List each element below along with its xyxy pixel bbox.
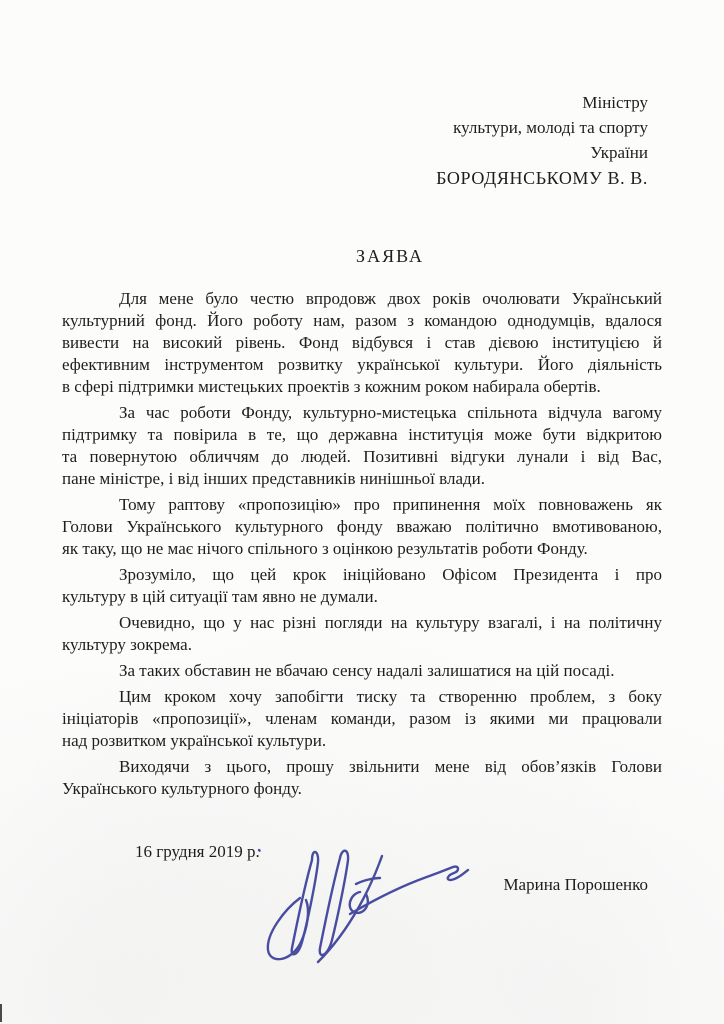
paragraph: Виходячи з цього, прошу звільнити мене в… bbox=[62, 756, 662, 800]
recipient-line: культури, молоді та спорту bbox=[436, 115, 648, 140]
body-line: Голови Українського культурного фонду вв… bbox=[62, 516, 662, 538]
recipient-block: Міністру культури, молоді та спорту Укра… bbox=[436, 90, 648, 191]
letter-body: Для мене було честю впродовж двох років … bbox=[62, 288, 662, 804]
body-line: культуру зокрема. bbox=[62, 634, 662, 656]
body-line: вивести на високий рівень. Фонд відбувся… bbox=[62, 332, 662, 354]
body-line: За таких обставин не вбачаю сенсу надалі… bbox=[62, 660, 662, 682]
paragraph: Для мене було честю впродовж двох років … bbox=[62, 288, 662, 398]
paragraph: За таких обставин не вбачаю сенсу надалі… bbox=[62, 660, 662, 682]
body-line: ефективним інструментом розвитку українс… bbox=[62, 354, 662, 376]
scan-edge-artifact bbox=[0, 1004, 2, 1022]
body-line: культуру в цій ситуації там явно не дума… bbox=[62, 586, 662, 608]
letter-title: ЗАЯВА bbox=[62, 246, 662, 267]
body-line: Зрозуміло, що цей крок ініційовано Офісо… bbox=[62, 564, 662, 586]
body-line: Для мене було честю впродовж двох років … bbox=[62, 288, 662, 310]
body-line: як таку, що не має нічого спільного з оц… bbox=[62, 538, 662, 560]
paragraph: Цим кроком хочу запобігти тиску та створ… bbox=[62, 686, 662, 752]
body-line: підтримку та повірила в те, що державна … bbox=[62, 424, 662, 446]
body-line: Українського культурного фонду. bbox=[62, 778, 662, 800]
date-text: 16 грудня 2019 р. bbox=[135, 842, 260, 862]
body-line: За час роботи Фонду, культурно-мистецька… bbox=[62, 402, 662, 424]
signature-icon bbox=[256, 836, 478, 968]
recipient-name: БОРОДЯНСЬКОМУ В. В. bbox=[436, 166, 648, 191]
recipient-line: України bbox=[436, 140, 648, 165]
body-line: Тому раптову «пропозицію» про припинення… bbox=[62, 494, 662, 516]
paragraph: Тому раптову «пропозицію» про припинення… bbox=[62, 494, 662, 560]
paragraph: За час роботи Фонду, культурно-мистецька… bbox=[62, 402, 662, 490]
signer-name: Марина Порошенко bbox=[503, 875, 648, 895]
body-line: Виходячи з цього, прошу звільнити мене в… bbox=[62, 756, 662, 778]
scanned-letter-page: Міністру культури, молоді та спорту Укра… bbox=[0, 0, 724, 1024]
recipient-line: Міністру bbox=[436, 90, 648, 115]
body-line: Цим кроком хочу запобігти тиску та створ… bbox=[62, 686, 662, 708]
body-line: Очевидно, що у нас різні погляди на куль… bbox=[62, 612, 662, 634]
body-line: пане міністре, і від інших представників… bbox=[62, 468, 662, 490]
body-line: в сфері підтримки мистецьких проектів з … bbox=[62, 376, 662, 398]
paragraph: Очевидно, що у нас різні погляди на куль… bbox=[62, 612, 662, 656]
body-line: ініціаторів «пропозиції», членам команди… bbox=[62, 708, 662, 730]
body-line: та повернутою обличчям до людей. Позитив… bbox=[62, 446, 662, 468]
body-line: культурний фонд. Його роботу нам, разом … bbox=[62, 310, 662, 332]
paragraph: Зрозуміло, що цей крок ініційовано Офісо… bbox=[62, 564, 662, 608]
body-line: над розвитком української культури. bbox=[62, 730, 662, 752]
